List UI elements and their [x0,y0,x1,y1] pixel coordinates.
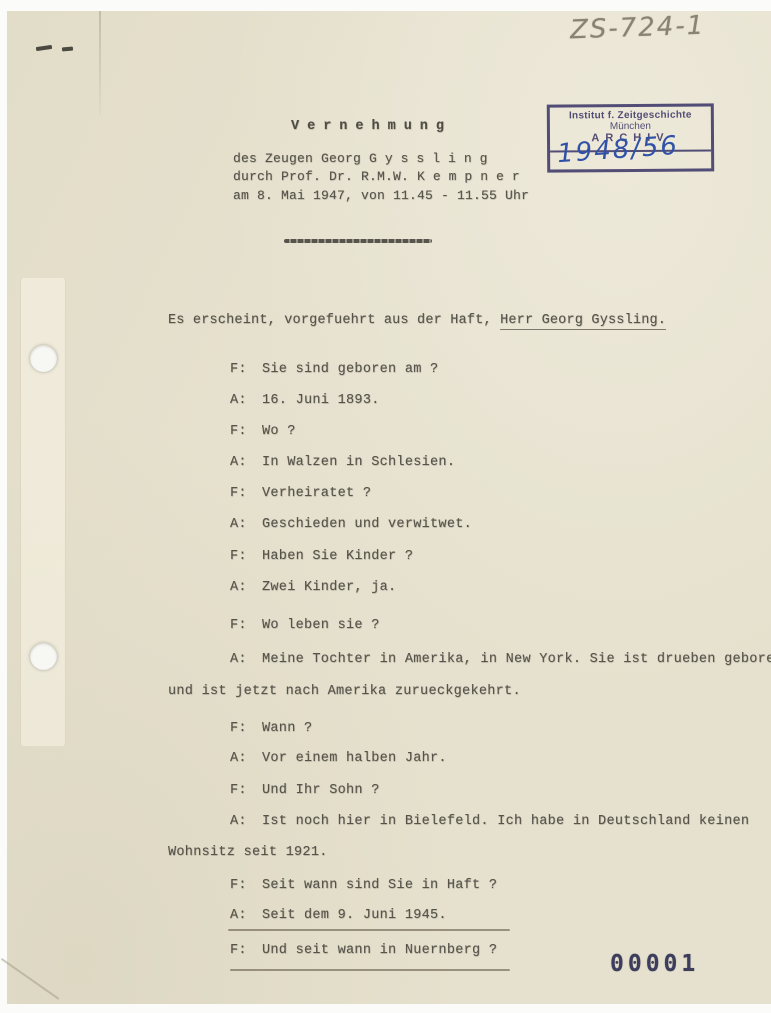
interrogator-name: Kempner [417,169,528,184]
speaker-label: F: [230,878,262,893]
qa-text: Seit wann sind Sie in Haft ? [262,878,497,893]
speaker-label: A: [230,393,262,408]
speaker-label: F: [230,721,262,736]
punch-hole-bottom [30,643,57,670]
speaker-label: A: [230,517,262,532]
speaker-label: F: [230,783,262,798]
qa-line: F:Seit wann sind Sie in Haft ? [230,878,497,893]
speaker-label: F: [230,486,262,501]
qa-text: Wann ? [262,721,312,736]
document-title: Vernehmung [291,119,452,134]
speaker-label: F: [230,424,262,439]
speaker-label: F: [230,943,262,958]
intro-sentence: Es erscheint, vorgefuehrt aus der Haft, … [168,313,666,328]
scan-edge-left [0,0,7,1006]
pencil-underline [228,929,510,931]
qa-text: Und Ihr Sohn ? [262,783,380,798]
qa-line: A:16. Juni 1893. [230,393,380,408]
stamp-institution: Institut f. Zeitgeschichte [550,109,711,121]
header-date-line: am 8. Mai 1947, von 11.45 - 11.55 Uhr [233,188,529,203]
speaker-label: F: [230,362,262,377]
qa-line: A:In Walzen in Schlesien. [230,455,455,470]
qa-text: Verheiratet ? [262,486,371,501]
qa-line: F:Haben Sie Kinder ? [230,549,413,564]
qa-line: F:Wo ? [230,424,296,439]
scan-edge-top [0,0,771,11]
qa-line: A:Geschieden und verwitwet. [230,517,472,532]
header-interrogator-line: durch Prof. Dr. R.M.W.Kempner [233,169,528,184]
punch-hole-top [30,345,57,372]
qa-text: Geschieden und verwitwet. [262,517,472,532]
header-divider-rule [284,239,432,243]
document-scan: ZS-724-1 Institut f. Zeitgeschichte Münc… [0,0,771,1013]
qa-continuation-line: Wohnsitz seit 1921. [168,845,328,860]
qa-line: F:Verheiratet ? [230,486,371,501]
page-number-stamp: 00001 [610,951,699,977]
speaker-label: A: [230,814,262,829]
qa-line: F:Und seit wann in Nuernberg ? [230,943,497,958]
pencil-underline [230,969,510,971]
qa-text: Haben Sie Kinder ? [262,549,413,564]
qa-line: A:Meine Tochter in Amerika, in New York.… [230,652,771,667]
qa-line: A:Zwei Kinder, ja. [230,580,396,595]
speaker-label: F: [230,618,262,633]
paper-crease [99,11,101,116]
qa-line: F:Wo leben sie ? [230,618,380,633]
header-witness-line: des Zeugen GeorgGyssling [233,151,495,166]
qa-text: Wo leben sie ? [262,618,380,633]
qa-line: F:Wann ? [230,721,312,736]
speaker-label: A: [230,652,262,667]
speaker-label: A: [230,751,262,766]
qa-line: F:Und Ihr Sohn ? [230,783,380,798]
speaker-label: A: [230,455,262,470]
speaker-label: A: [230,580,262,595]
speaker-label: A: [230,908,262,923]
qa-text: Vor einem halben Jahr. [262,751,447,766]
qa-text: 16. Juni 1893. [262,393,380,408]
scan-edge-bottom [0,1004,771,1013]
intro-lead: Es erscheint, vorgefuehrt aus der Haft, [168,313,492,328]
qa-text: Wo ? [262,424,296,439]
qa-line: F:Sie sind geboren am ? [230,362,438,377]
qa-text: Sie sind geboren am ? [262,362,438,377]
qa-text: Zwei Kinder, ja. [262,580,396,595]
qa-text: Meine Tochter in Amerika, in New York. S… [262,652,771,667]
qa-text: In Walzen in Schlesien. [262,455,455,470]
qa-text: Seit dem 9. Juni 1945. [262,908,447,923]
qa-text: Und seit wann in Nuernberg ? [262,943,497,958]
qa-line: A:Vor einem halben Jahr. [230,751,447,766]
archive-reference-handwritten: ZS-724-1 [570,11,706,46]
witness-line-prefix: des Zeugen Georg [233,151,361,166]
witness-name: Gyssling [369,151,495,166]
qa-text: Ist noch hier in Bielefeld. Ich habe in … [262,814,749,829]
speaker-label: F: [230,549,262,564]
qa-line: A:Ist noch hier in Bielefeld. Ich habe i… [230,814,749,829]
qa-line: A:Seit dem 9. Juni 1945. [230,908,447,923]
interrogator-line-prefix: durch Prof. Dr. R.M.W. [233,169,409,184]
qa-continuation-line: und ist jetzt nach Amerika zurueckgekehr… [168,684,521,699]
intro-witness-name-underlined: Herr Georg Gyssling. [500,313,666,330]
